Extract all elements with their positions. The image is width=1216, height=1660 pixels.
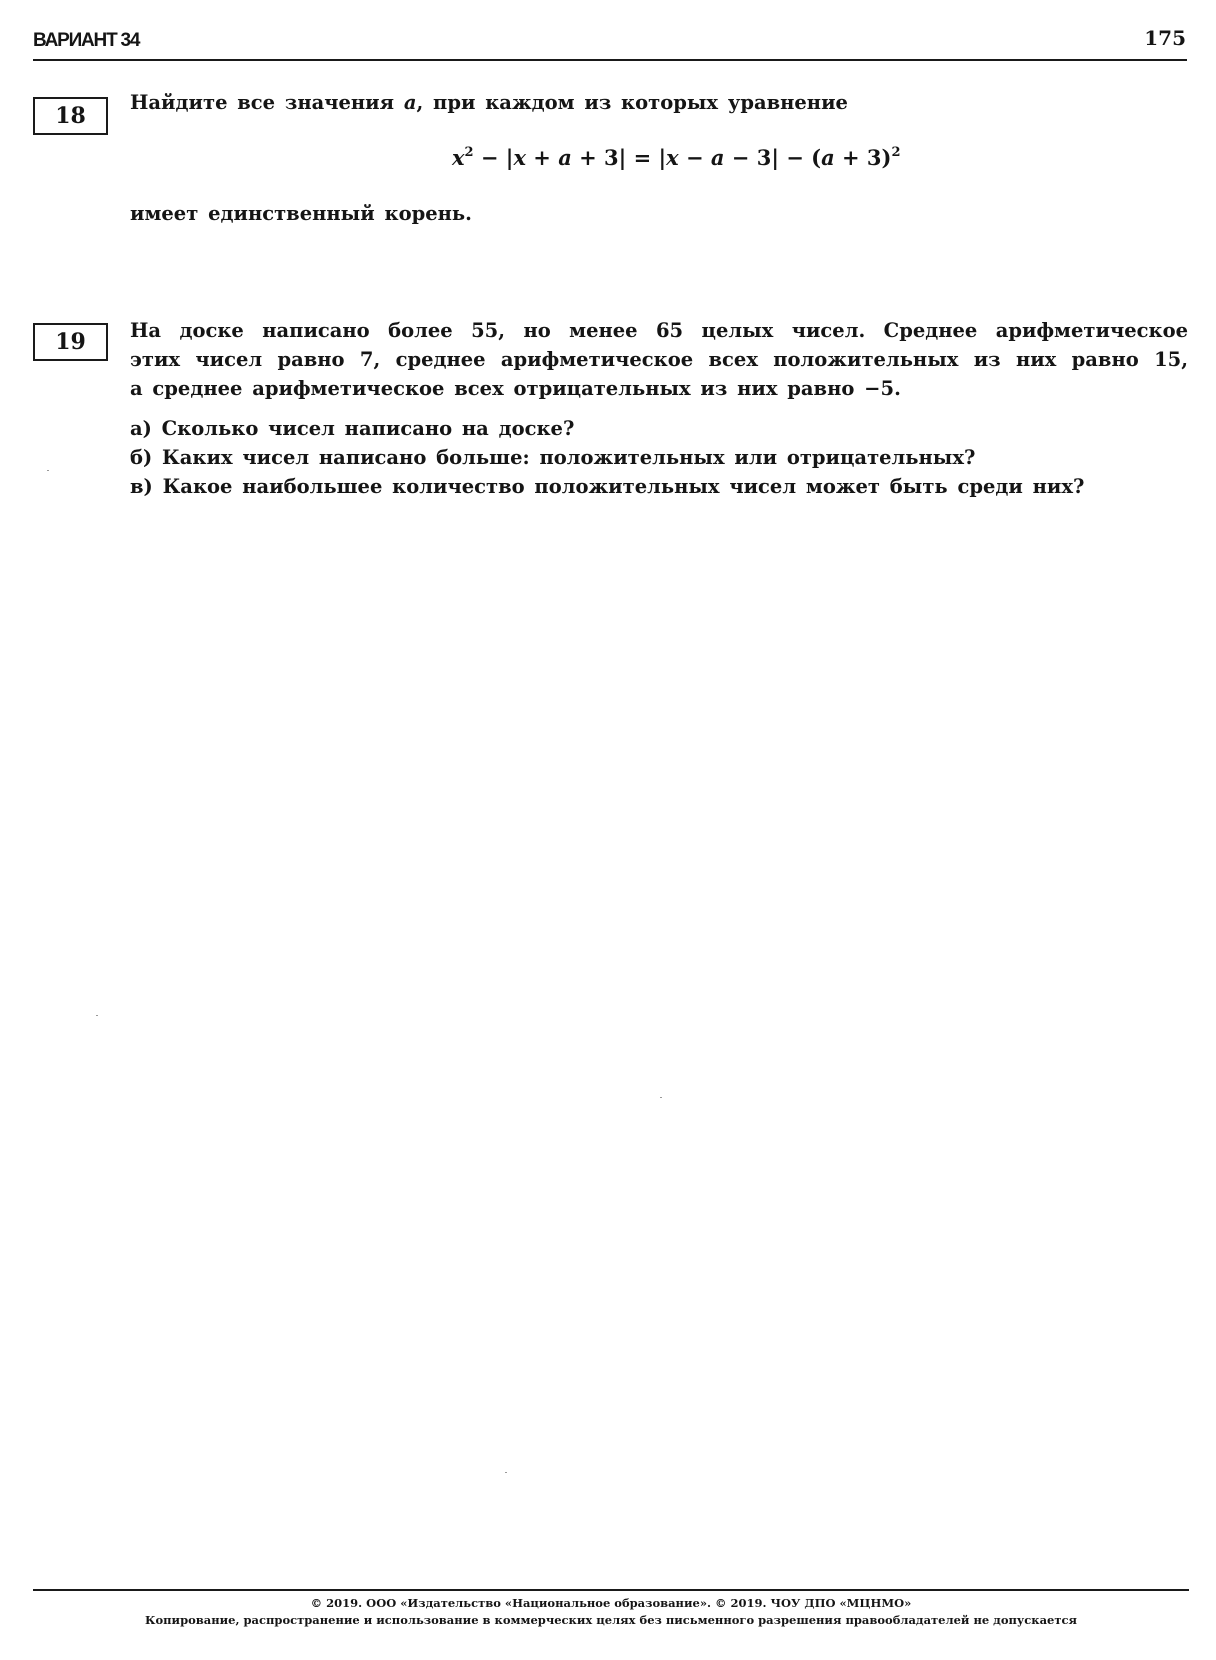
- footer-notice: Копирование, распространение и использов…: [33, 1613, 1189, 1627]
- question-c: в) Какое наибольшее количество положител…: [130, 472, 1188, 501]
- variable-a: a: [404, 91, 417, 114]
- scan-speck: [96, 1015, 98, 1016]
- question-a: а) Сколько чисел написано на доске?: [130, 414, 1188, 443]
- task-number-box-19: 19: [33, 323, 108, 361]
- question-b: б) Каких чисел написано больше: положите…: [130, 443, 1188, 472]
- footer-divider: [33, 1589, 1189, 1591]
- footer-copyright: © 2019. ООО «Издательство «Национальное …: [33, 1596, 1189, 1610]
- scan-speck: [505, 1472, 507, 1473]
- scan-speck: [660, 1097, 662, 1098]
- variant-title: ВАРИАНТ 34: [33, 30, 139, 52]
- header-divider: [33, 59, 1187, 61]
- scan-speck: [47, 470, 49, 471]
- page-number: 175: [1144, 26, 1186, 50]
- task-18-intro: Найдите все значения a, при каждом из ко…: [130, 88, 1188, 117]
- task-19-statement: На доске написано более 55, но менее 65 …: [130, 316, 1188, 403]
- task-number: 18: [55, 103, 86, 129]
- task-number: 19: [55, 329, 86, 355]
- task-number-box-18: 18: [33, 97, 108, 135]
- task-18-outro: имеет единственный корень.: [130, 199, 1188, 228]
- task-19-questions: а) Сколько чисел написано на доске? б) К…: [130, 414, 1188, 501]
- task-18-equation: x2 − |x + a + 3| = |x − a − 3| − (a + 3)…: [452, 145, 901, 170]
